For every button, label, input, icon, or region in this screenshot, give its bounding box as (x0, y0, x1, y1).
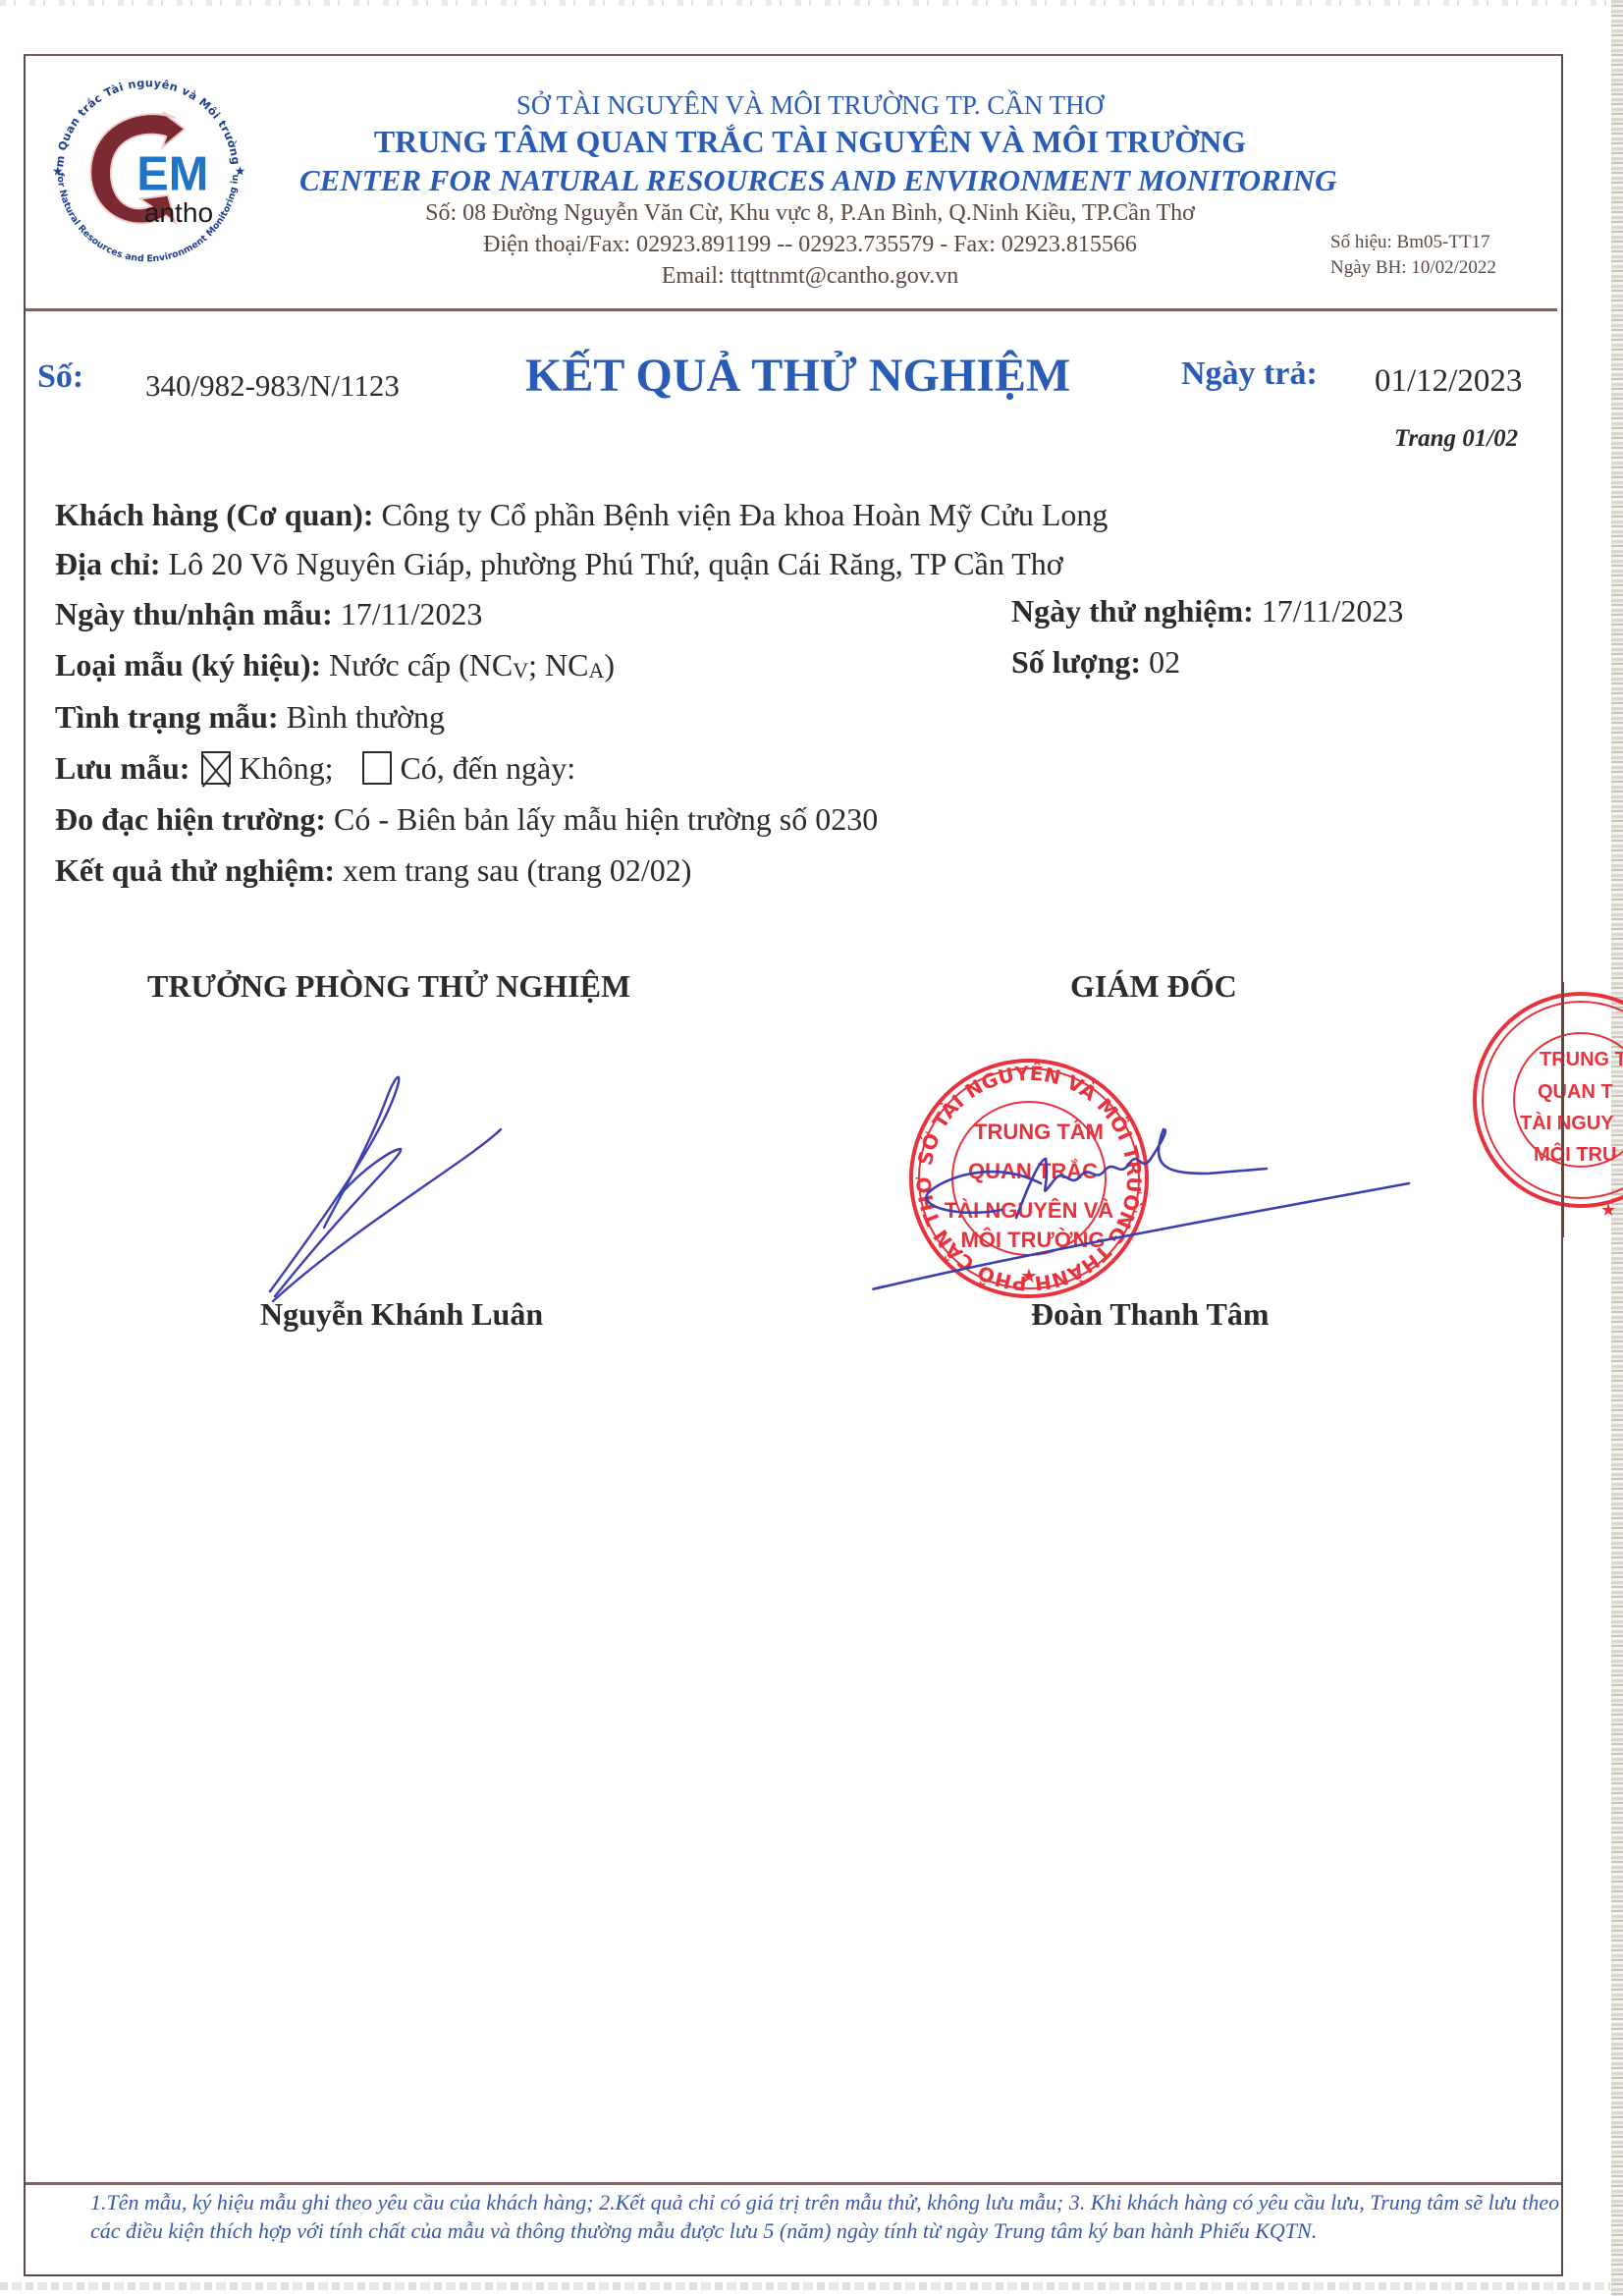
director-name: Đoàn Thanh Tâm (1031, 1296, 1269, 1333)
address-row: Địa chỉ: Lô 20 Võ Nguyên Giáp, phường Ph… (55, 546, 1063, 582)
retention-yes-checkbox[interactable] (362, 751, 392, 785)
retention-row: Lưu mẫu: Không; Có, đến ngày: (55, 750, 575, 787)
center-address: Số: 08 Đường Nguyễn Văn Cừ, Khu vực 8, P… (295, 200, 1325, 227)
quantity-value: 02 (1141, 644, 1180, 680)
address-label: Địa chỉ: (55, 546, 161, 581)
received-date-value: 17/11/2023 (333, 596, 483, 631)
condition-value: Bình thường (279, 699, 445, 735)
sample-type-value: Nước cấp (NCV; NCA) (321, 647, 615, 683)
center-name-vi: TRUNG TÂM QUAN TRẮC TÀI NGUYÊN VÀ MÔI TR… (295, 124, 1325, 160)
page-number: Trang 01/02 (1394, 425, 1518, 453)
received-date-label: Ngày thu/nhận mẫu: (55, 596, 333, 631)
field-measure-value: Có - Biên bản lấy mẫu hiện trường số 023… (326, 801, 878, 837)
form-code-block: Số hiệu: Bm05-TT17 Ngày BH: 10/02/2022 (1330, 230, 1496, 281)
lab-head-name: Nguyễn Khánh Luân (260, 1296, 543, 1333)
sample-type-row: Loại mẫu (ký hiệu): Nước cấp (NCV; NCA) (55, 647, 615, 683)
center-email: Email: ttqttnmt@cantho.gov.vn (295, 263, 1325, 290)
center-name-en: CENTER FOR NATURAL RESOURCES AND ENVIRON… (299, 163, 1330, 198)
quantity-label: Số lượng: (1011, 644, 1141, 680)
customer-label: Khách hàng (Cơ quan): (55, 497, 373, 532)
field-measure-row: Đo đạc hiện trường: Có - Biên bản lấy mẫ… (55, 801, 878, 838)
scan-artifact-edge (1611, 0, 1623, 2296)
scan-artifact-top (0, 0, 1610, 6)
director-title: GIÁM ĐỐC (1070, 968, 1237, 1005)
return-date-label: Ngày trả: (1181, 355, 1318, 393)
address-value: Lô 20 Võ Nguyên Giáp, phường Phú Thứ, qu… (161, 546, 1063, 581)
test-date-row: Ngày thử nghiệm: 17/11/2023 (1011, 593, 1403, 629)
retention-no-label: Không; (239, 750, 333, 786)
return-date: 01/12/2023 (1375, 363, 1522, 400)
document-title: KẾT QUẢ THỬ NGHIỆM (525, 349, 1070, 403)
center-phone: Điện thoại/Fax: 02923.891199 -- 02923.73… (295, 232, 1325, 258)
test-date-label: Ngày thử nghiệm: (1011, 593, 1254, 629)
condition-row: Tình trạng mẫu: Bình thường (55, 699, 445, 736)
test-date-value: 17/11/2023 (1254, 593, 1404, 629)
quantity-row: Số lượng: 02 (1011, 644, 1180, 681)
report-number-label: Số: (37, 358, 83, 396)
customer-value: Công ty Cổ phần Bệnh viện Đa khoa Hoàn M… (373, 497, 1108, 532)
svg-text:★: ★ (52, 163, 64, 178)
retention-no-checkbox[interactable] (201, 751, 231, 785)
retention-yes-label: Có, đến ngày: (400, 750, 575, 786)
scan-artifact-bottom (0, 2282, 1610, 2290)
svg-text:antho: antho (144, 197, 213, 228)
field-measure-label: Đo đạc hiện trường: (55, 801, 326, 837)
footer-divider (26, 2182, 1561, 2185)
report-number: 340/982-983/N/1123 (145, 368, 400, 404)
cem-cantho-logo-icon: Trung tâm Quan trắc Tài nguyên và Môi tr… (37, 61, 258, 282)
result-value: xem trang sau (trang 02/02) (335, 852, 691, 888)
customer-row: Khách hàng (Cơ quan): Công ty Cổ phần Bệ… (55, 497, 1108, 533)
form-code: Số hiệu: Bm05-TT17 (1330, 230, 1496, 255)
footer-note: 1.Tên mẫu, ký hiệu mẫu ghi theo yêu cầu … (90, 2188, 1563, 2245)
svg-text:EM: EM (136, 147, 208, 200)
condition-label: Tình trạng mẫu: (55, 699, 279, 735)
agency-name: SỞ TÀI NGUYÊN VÀ MÔI TRƯỜNG TP. CẦN THƠ (295, 90, 1325, 121)
form-issue-date: Ngày BH: 10/02/2022 (1330, 255, 1496, 281)
svg-text:★: ★ (235, 163, 246, 178)
result-row: Kết quả thử nghiệm: xem trang sau (trang… (55, 852, 691, 889)
header-divider (26, 308, 1557, 311)
received-date-row: Ngày thu/nhận mẫu: 17/11/2023 (55, 596, 482, 632)
retention-label: Lưu mẫu: (55, 750, 189, 786)
result-label: Kết quả thử nghiệm: (55, 852, 335, 888)
sample-type-label: Loại mẫu (ký hiệu): (55, 647, 321, 683)
lab-head-title: TRƯỞNG PHÒNG THỬ NGHIỆM (147, 968, 630, 1005)
